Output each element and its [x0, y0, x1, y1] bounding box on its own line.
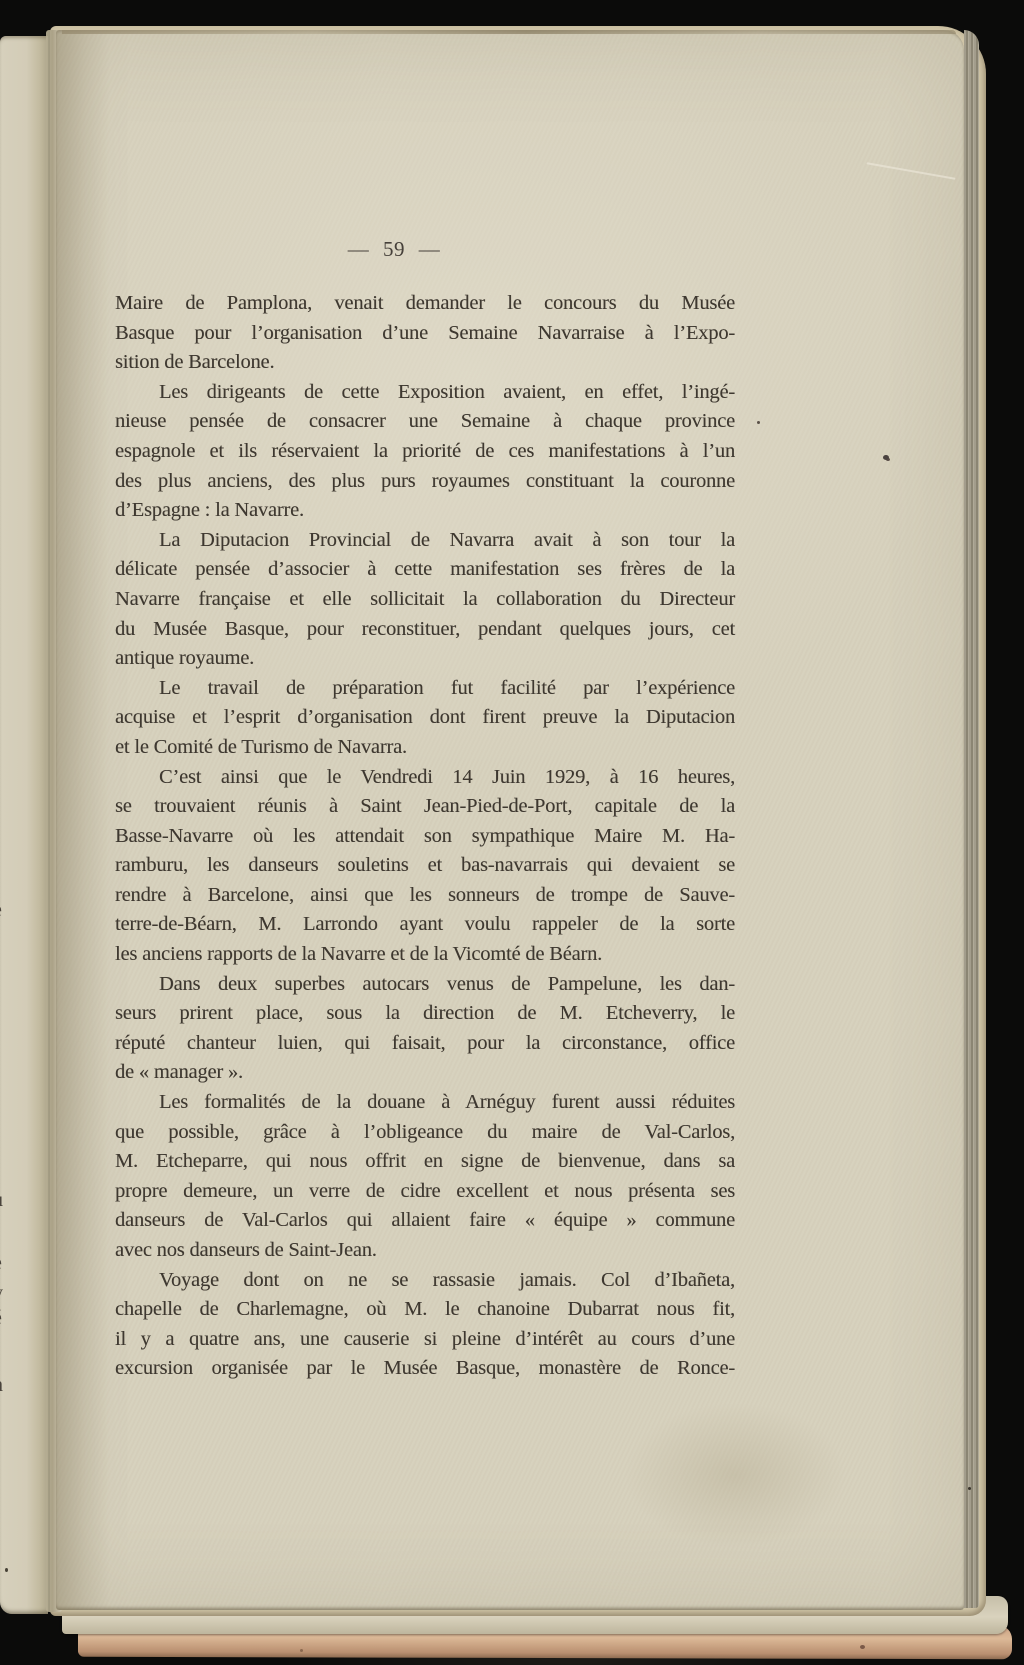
text-line: Navarre française et elle sollicitait la… [115, 585, 735, 615]
text-line: avec nos danseurs de Saint-Jean. [115, 1236, 735, 1266]
text-line: M. Etcheparre, qui nous offrit en signe … [115, 1147, 735, 1177]
paragraph: Maire de Pamplona, venait demander le co… [115, 289, 735, 378]
text-line: rendre à Barcelone, ainsi que les sonneu… [115, 881, 735, 911]
ink-speck [860, 1645, 865, 1649]
paper-scratch [867, 162, 956, 180]
text-line: de « manager ». [115, 1058, 735, 1088]
text-line: C’est ainsi que le Vendredi 14 Juin 1929… [115, 763, 735, 793]
text-line: seurs prirent place, sous la direction d… [115, 999, 735, 1029]
text-line: espagnole et ils réservaient la priorité… [115, 437, 735, 467]
text-line: danseurs de Val-Carlos qui allaient fair… [115, 1206, 735, 1236]
ink-speck [968, 1487, 971, 1490]
ink-speck [883, 455, 889, 460]
ink-speck [757, 421, 760, 424]
paragraph: La Diputacion Provincial de Navarra avai… [115, 526, 735, 674]
margin-letter-fragment: é [0, 1308, 11, 1328]
text-line: et le Comité de Turismo de Navarra. [115, 733, 735, 763]
text-block: Maire de Pamplona, venait demander le co… [115, 289, 735, 1384]
margin-letter-fragment: e [0, 900, 11, 920]
text-line: chapelle de Charlemagne, où M. le chanoi… [115, 1295, 735, 1325]
margin-letter-fragment: y [0, 1283, 11, 1303]
text-line: d’Espagne : la Navarre. [115, 496, 735, 526]
text-line: Les formalités de la douane à Arnéguy fu… [115, 1088, 735, 1118]
text-line: les anciens rapports de la Navarre et de… [115, 940, 735, 970]
text-line: se trouvaient réunis à Saint Jean-Pied-d… [115, 792, 735, 822]
paragraph: Le travail de préparation fut facilité p… [115, 674, 735, 763]
paragraph: Les dirigeants de cette Exposition avaie… [115, 378, 735, 526]
text-line: La Diputacion Provincial de Navarra avai… [115, 526, 735, 556]
margin-letter-fragment: n [0, 1375, 11, 1395]
paragraph: Voyage dont on ne se rassasie jamais. Co… [115, 1266, 735, 1384]
text-line: Voyage dont on ne se rassasie jamais. Co… [115, 1266, 735, 1296]
paragraph: C’est ainsi que le Vendredi 14 Juin 1929… [115, 763, 735, 970]
text-line: terre-de-Béarn, M. Larrondo ayant voulu … [115, 910, 735, 940]
text-line: Le travail de préparation fut facilité p… [115, 674, 735, 704]
paragraph: Dans deux superbes autocars venus de Pam… [115, 970, 735, 1088]
text-line: excursion organisée par le Musée Basque,… [115, 1354, 735, 1384]
text-line: propre demeure, un verre de cidre excell… [115, 1177, 735, 1207]
facing-page-sliver: - e t . - u e y é n [0, 36, 48, 1614]
ink-speck [300, 1649, 303, 1652]
paper-stain [620, 1400, 850, 1550]
margin-letter-fragment: - [0, 1162, 11, 1182]
text-line: ramburu, les danseurs souletins et bas-n… [115, 851, 735, 881]
scan-root: - e t . - u e y é n — 59 — Maire de Pamp… [0, 0, 1024, 1665]
margin-letter-fragment: e [0, 1253, 11, 1273]
text-line: sition de Barcelone. [115, 348, 735, 378]
margin-letter-fragment: t [0, 930, 11, 950]
text-line: nieuse pensée de consacrer une Semaine à… [115, 407, 735, 437]
text-line: antique royaume. [115, 644, 735, 674]
text-line: des plus anciens, des plus purs royaumes… [115, 467, 735, 497]
text-line: il y a quatre ans, une causerie si plein… [115, 1325, 735, 1355]
book-page: — 59 — Maire de Pamplona, venait demande… [56, 30, 964, 1610]
ink-speck [5, 1568, 8, 1572]
text-line: réputé chanteur luien, qui faisait, pour… [115, 1029, 735, 1059]
text-line: acquise et l’esprit d’organisation dont … [115, 703, 735, 733]
margin-letter-fragment: . [0, 988, 11, 1008]
text-line: du Musée Basque, pour reconstituer, pend… [115, 615, 735, 645]
text-line: Dans deux superbes autocars venus de Pam… [115, 970, 735, 1000]
paragraph: Les formalités de la douane à Arnéguy fu… [115, 1088, 735, 1266]
text-line: Basse-Navarre où les attendait son sympa… [115, 822, 735, 852]
margin-letter-fragment: - [0, 855, 11, 875]
text-line: Maire de Pamplona, venait demander le co… [115, 289, 735, 319]
page-number: — 59 — [84, 237, 704, 262]
text-line: Basque pour l’organisation d’une Semaine… [115, 319, 735, 349]
margin-letter-fragment: u [0, 1190, 11, 1210]
text-line: que possible, grâce à l’obligeance du ma… [115, 1118, 735, 1148]
text-line: Les dirigeants de cette Exposition avaie… [115, 378, 735, 408]
text-line: délicate pensée d’associer à cette manif… [115, 555, 735, 585]
